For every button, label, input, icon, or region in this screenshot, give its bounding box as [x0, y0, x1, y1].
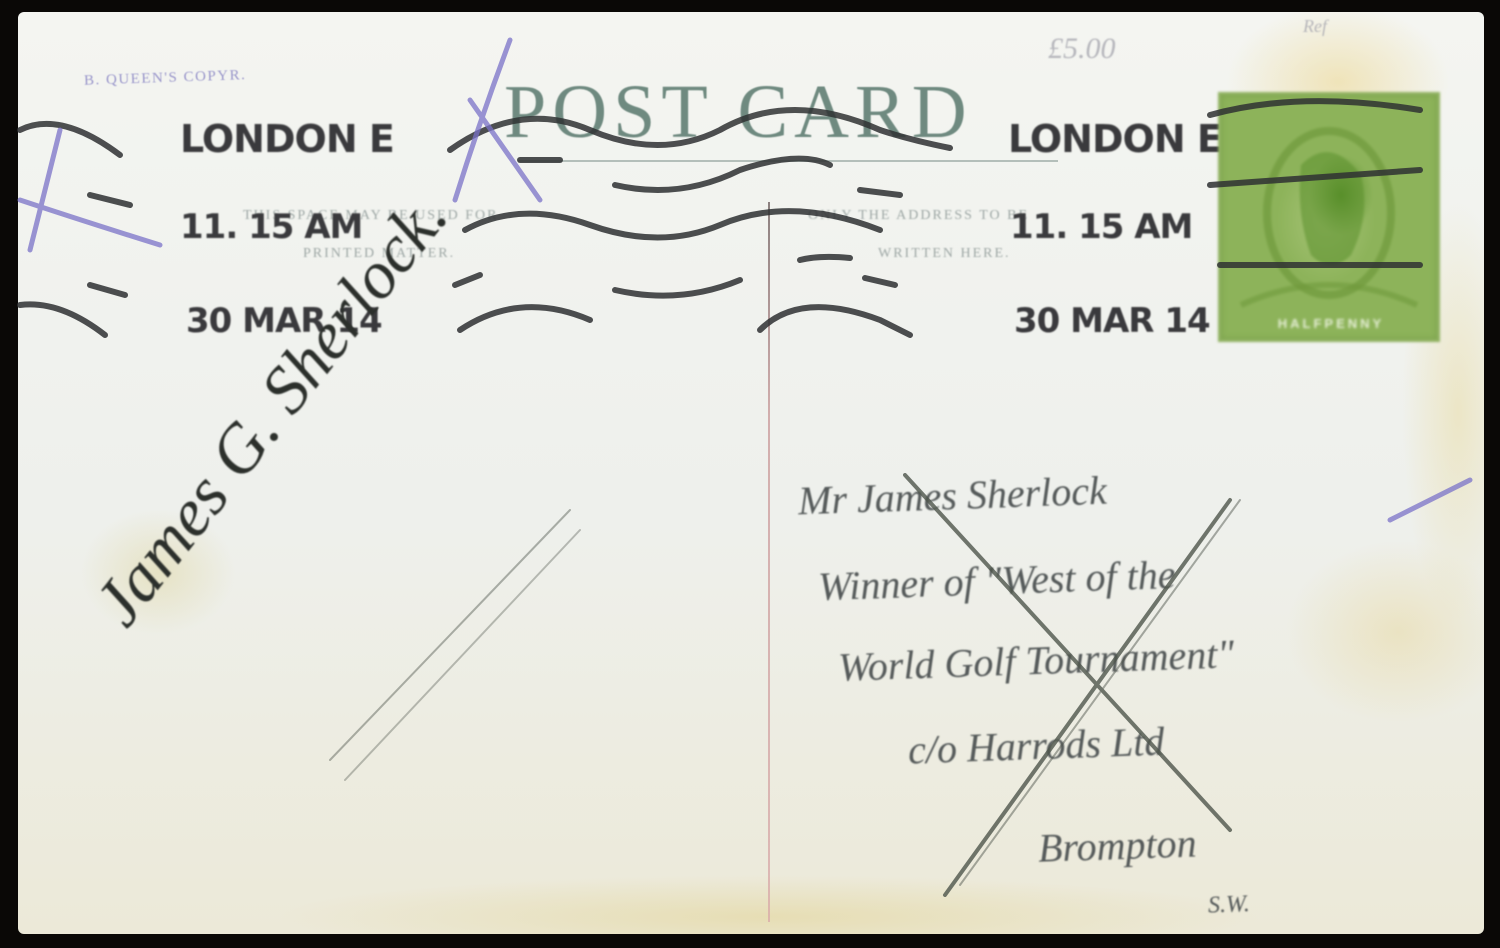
cancellation-overlay	[0, 0, 1500, 948]
violet-crayon-marks-icon	[20, 40, 1470, 520]
wavy-cancellation-lines-icon	[20, 101, 1420, 335]
pencil-cross-mark-icon	[330, 475, 1240, 895]
